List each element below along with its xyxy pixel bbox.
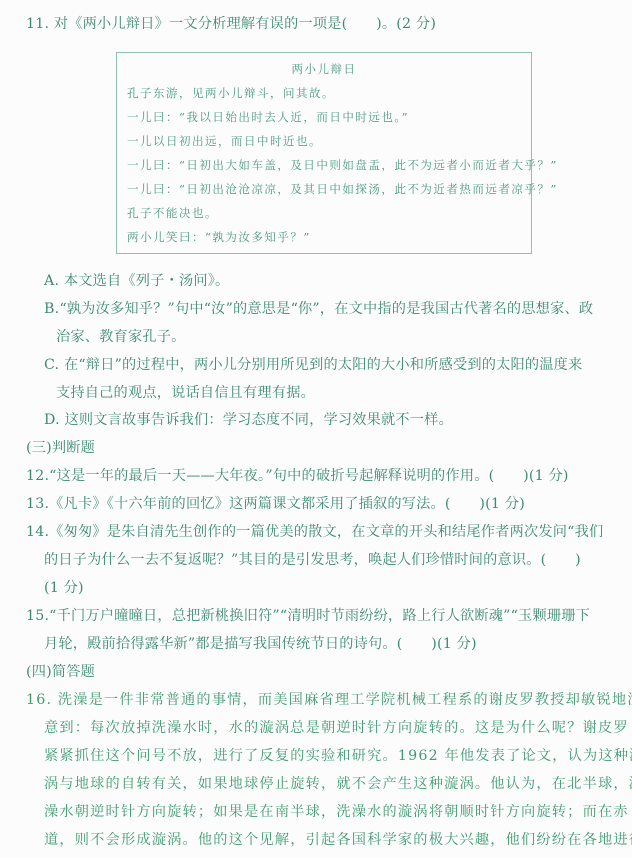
question-14-cont: 的日子为什么一去不复返呢？”其目的是引发思考，唤起人们珍惜时间的意识。( ) <box>44 550 581 570</box>
question-16-line: 澡水朝逆时针方向旋转；如果是在南半球，洗澡水的漩涡将朝顺时针方向旋转；而在赤 <box>44 802 629 822</box>
question-16-line: 意到：每次放掉洗澡水时，水的漩涡总是朝逆时针方向旋转的。这是为什么呢？谢皮罗 <box>44 718 629 738</box>
question-15: 15.“千门万户曈曈日，总把新桃换旧符”“清明时节雨纷纷，路上行人欲断魂”“玉颗… <box>26 606 590 626</box>
passage-line: 孔子不能决也。 <box>127 205 218 221</box>
option-b: B.“孰为汝多知乎？”句中“汝”的意思是“你”，在文中指的是我国古代著名的思想家… <box>44 299 593 319</box>
passage-box: 两小儿辩日 孔子东游，见两小儿辩斗，问其故。 一儿曰：“我以日始出时去人近，而日… <box>116 52 532 254</box>
question-13: 13.《凡卡》《十六年前的回忆》这两篇课文都采用了插叙的写法。( )(1 分) <box>26 494 525 514</box>
passage-line: 孔子东游，见两小儿辩斗，问其故。 <box>127 85 335 101</box>
section-3-heading: (三)判断题 <box>26 438 95 458</box>
question-16-line: 涡与地球的自转有关，如果地球停止旋转，就不会产生这种漩涡。他认为，在北半球，洗 <box>44 774 632 794</box>
passage-line: 一儿曰：“我以日始出时去人近，而日中时远也。” <box>127 109 409 125</box>
question-16-line: 道，则不会形成漩涡。他的这个见解，引起各国科学家的极大兴趣，他们纷纷在各地进行 <box>44 830 632 850</box>
passage-line: 两小儿笑曰：“孰为汝多知乎？” <box>127 229 311 245</box>
option-b-cont: 治家、教育家孔子。 <box>56 327 186 347</box>
passage-title: 两小儿辩日 <box>117 61 531 77</box>
question-15-cont: 月轮，殿前拾得露华新”都是描写我国传统节日的诗句。( )(1 分) <box>44 634 477 654</box>
passage-line: 一儿曰：“日初出大如车盖，及日中则如盘盂，此不为远者小而近者大乎？” <box>127 157 558 173</box>
passage-line: 一儿以日初出远，而日中时近也。 <box>127 133 322 149</box>
question-16-line: 紧紧抓住这个问号不放，进行了反复的实验和研究。1962 年他发表了论文，认为这种… <box>44 746 632 766</box>
question-12: 12.“这是一年的最后一天——大年夜。”句中的破折号起解释说明的作用。( )(1… <box>26 466 569 486</box>
option-c: C. 在“辩日”的过程中，两小儿分别用所见到的太阳的大小和所感受到的太阳的温度来 <box>44 355 582 375</box>
question-14-score: (1 分) <box>44 578 84 598</box>
passage-line: 一儿曰：“日初出沧沧凉凉，及其日中如探汤，此不为近者热而远者凉乎？” <box>127 181 558 197</box>
option-a: A. 本文选自《列子・汤问》。 <box>44 271 229 291</box>
option-d: D. 这则文言故事告诉我们：学习态度不同，学习效果就不一样。 <box>44 410 453 430</box>
section-4-heading: (四)简答题 <box>26 662 95 682</box>
question-14: 14.《匆匆》是朱自清先生创作的一篇优美的散文，在文章的开头和结尾作者两次发问“… <box>26 522 603 542</box>
question-16-line: 16. 洗澡是一件非常普通的事情，而美国麻省理工学院机械工程系的谢皮罗教授却敏锐… <box>26 690 632 710</box>
option-c-cont: 支持自己的观点，说话自信且有理有据。 <box>56 383 315 403</box>
question-11-stem: 11. 对《两小儿辩日》一文分析理解有误的一项是( )。(2 分) <box>26 14 436 34</box>
